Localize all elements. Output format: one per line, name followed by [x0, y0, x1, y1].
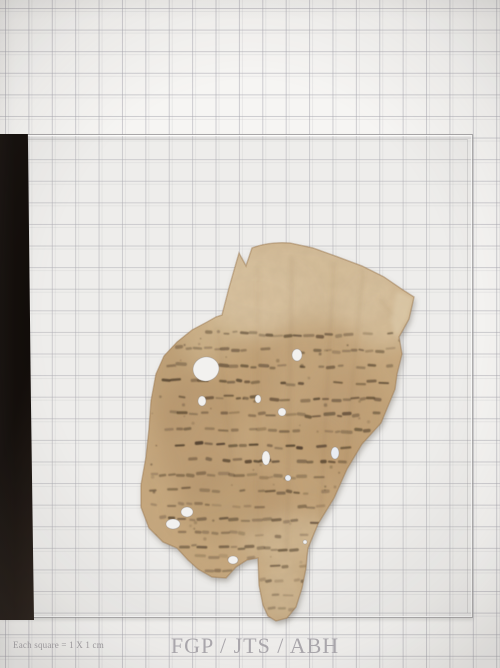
- archive-code-label: FGP / JTS / ABH: [171, 633, 339, 659]
- manuscript-fragment: [0, 0, 500, 668]
- photo-manuscript-on-grid: Each square = 1 X 1 cm FGP / JTS / ABH: [0, 0, 500, 668]
- fragment-body: [130, 234, 430, 635]
- scale-note-label: Each square = 1 X 1 cm: [13, 640, 104, 650]
